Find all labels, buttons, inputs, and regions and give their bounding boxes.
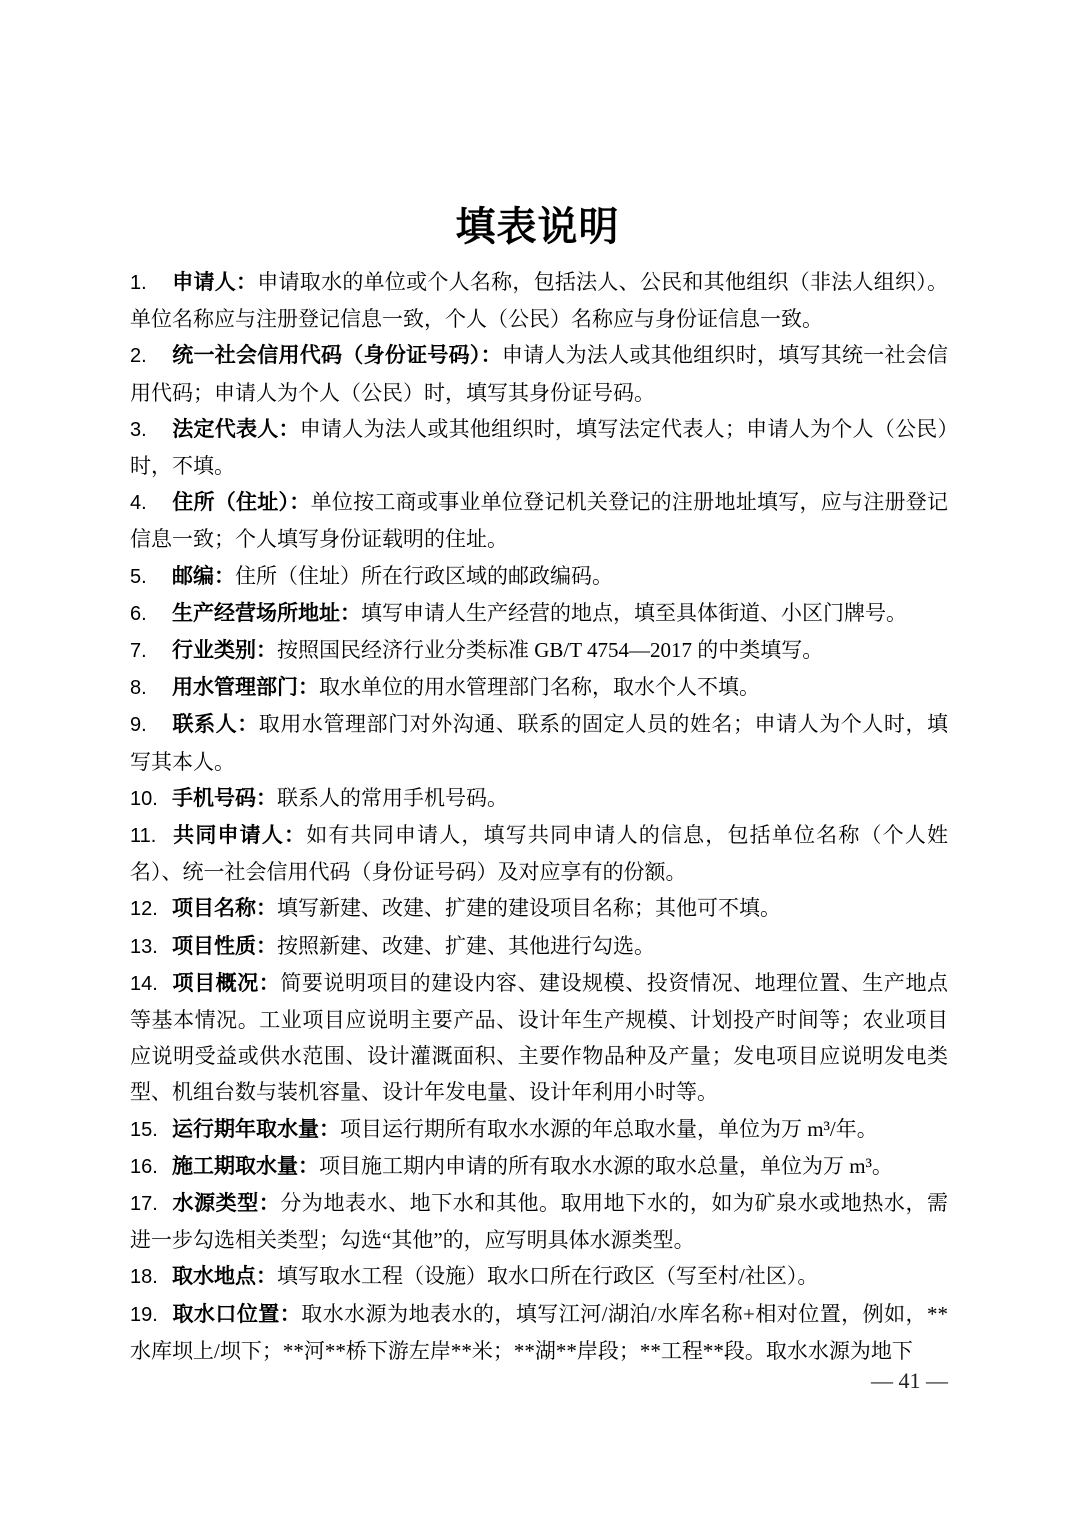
instruction-item: 12.项目名称：填写新建、改建、扩建的建设项目名称；其他可不填。 — [130, 890, 948, 927]
instruction-item: 18.取水地点：填写取水工程（设施）取水口所在行政区（写至村/社区）。 — [130, 1258, 948, 1295]
item-label: 施工期取水量： — [172, 1154, 319, 1178]
page-number: — 41 — — [130, 1368, 948, 1394]
instruction-item: 9.联系人：取用水管理部门对外沟通、联系的固定人员的姓名；申请人为个人时，填写其… — [130, 706, 948, 779]
instruction-item: 2.统一社会信用代码（身份证号码）：申请人为法人或其他组织时，填写其统一社会信用… — [130, 337, 948, 410]
item-text: 按照新建、改建、扩建、其他进行勾选。 — [277, 934, 655, 958]
item-text: 项目施工期内申请的所有取水水源的取水总量，单位为万 m³。 — [319, 1154, 893, 1178]
item-label: 项目概况： — [172, 971, 280, 995]
instruction-item: 3.法定代表人：申请人为法人或其他组织时，填写法定代表人；申请人为个人（公民）时… — [130, 411, 948, 484]
item-label: 行业类别： — [172, 638, 277, 662]
instruction-item: 7.行业类别：按照国民经济行业分类标准 GB/T 4754—2017 的中类填写… — [130, 632, 948, 669]
instruction-item: 15.运行期年取水量：项目运行期所有取水水源的年总取水量，单位为万 m³/年。 — [130, 1111, 948, 1148]
item-number: 12. — [130, 891, 172, 927]
item-label: 项目性质： — [172, 934, 277, 958]
instruction-item: 11.共同申请人：如有共同申请人，填写共同申请人的信息，包括单位名称（个人姓名）… — [130, 817, 948, 890]
item-number: 5. — [130, 559, 172, 595]
item-number: 9. — [130, 707, 172, 743]
instruction-item: 6.生产经营场所地址：填写申请人生产经营的地点，填至具体街道、小区门牌号。 — [130, 595, 948, 632]
item-number: 16. — [130, 1149, 172, 1185]
item-label: 取水口位置： — [172, 1302, 301, 1326]
item-number: 4. — [130, 485, 172, 521]
item-label: 申请人： — [172, 270, 257, 294]
instruction-item: 1.申请人：申请取水的单位或个人名称，包括法人、公民和其他组织（非法人组织）。单… — [130, 264, 948, 337]
item-label: 联系人： — [172, 712, 259, 736]
item-label: 取水地点： — [172, 1264, 277, 1288]
item-number: 1. — [130, 265, 172, 301]
item-number: 14. — [130, 966, 172, 1002]
item-text: 住所（住址）所在行政区域的邮政编码。 — [235, 564, 613, 588]
item-text: 项目运行期所有取水水源的年总取水量，单位为万 m³/年。 — [340, 1117, 878, 1141]
item-number: 17. — [130, 1186, 172, 1222]
item-number: 8. — [130, 670, 172, 706]
item-text: 按照国民经济行业分类标准 GB/T 4754—2017 的中类填写。 — [277, 638, 823, 662]
item-text: 填写取水工程（设施）取水口所在行政区（写至村/社区）。 — [277, 1264, 818, 1288]
instruction-item: 17.水源类型：分为地表水、地下水和其他。取用地下水的，如为矿泉水或地热水，需进… — [130, 1185, 948, 1258]
instruction-item: 5.邮编：住所（住址）所在行政区域的邮政编码。 — [130, 558, 948, 595]
item-number: 15. — [130, 1112, 172, 1148]
item-label: 手机号码： — [172, 786, 277, 810]
item-number: 10. — [130, 781, 172, 817]
item-number: 2. — [130, 338, 172, 374]
item-number: 7. — [130, 633, 172, 669]
instruction-item: 4.住所（住址）：单位按工商或事业单位登记机关登记的注册地址填写，应与注册登记信… — [130, 484, 948, 557]
item-label: 生产经营场所地址： — [172, 601, 361, 625]
item-label: 用水管理部门： — [172, 675, 319, 699]
instruction-item: 8.用水管理部门：取水单位的用水管理部门名称，取水个人不填。 — [130, 669, 948, 706]
item-number: 19. — [130, 1297, 172, 1333]
item-text: 联系人的常用手机号码。 — [277, 786, 508, 810]
instruction-item: 14.项目概况：简要说明项目的建设内容、建设规模、投资情况、地理位置、生产地点等… — [130, 965, 948, 1111]
instruction-item: 16.施工期取水量：项目施工期内申请的所有取水水源的取水总量，单位为万 m³。 — [130, 1148, 948, 1185]
item-number: 18. — [130, 1259, 172, 1295]
item-label: 邮编： — [172, 564, 235, 588]
item-label: 运行期年取水量： — [172, 1117, 340, 1141]
page-title: 填表说明 — [0, 205, 1075, 249]
item-number: 3. — [130, 412, 172, 448]
item-text: 取水单位的用水管理部门名称，取水个人不填。 — [319, 675, 760, 699]
item-label: 共同申请人： — [172, 823, 306, 847]
item-label: 住所（住址）： — [172, 490, 311, 514]
item-number: 11. — [130, 818, 172, 854]
item-number: 6. — [130, 596, 172, 632]
item-label: 统一社会信用代码（身份证号码）： — [172, 343, 502, 367]
item-number: 13. — [130, 929, 172, 965]
item-text: 填写新建、改建、扩建的建设项目名称；其他可不填。 — [277, 896, 781, 920]
item-label: 法定代表人： — [172, 417, 300, 441]
instruction-list: 1.申请人：申请取水的单位或个人名称，包括法人、公民和其他组织（非法人组织）。单… — [130, 264, 948, 1369]
instruction-item: 13.项目性质：按照新建、改建、扩建、其他进行勾选。 — [130, 928, 948, 965]
document-page: 填表说明 1.申请人：申请取水的单位或个人名称，包括法人、公民和其他组织（非法人… — [0, 0, 1075, 1519]
instruction-item: 10.手机号码：联系人的常用手机号码。 — [130, 780, 948, 817]
item-label: 水源类型： — [172, 1191, 280, 1215]
item-text: 填写申请人生产经营的地点，填至具体街道、小区门牌号。 — [361, 601, 907, 625]
instruction-item: 19.取水口位置：取水水源为地表水的，填写江河/湖泊/水库名称+相对位置，例如，… — [130, 1296, 948, 1369]
item-label: 项目名称： — [172, 896, 277, 920]
